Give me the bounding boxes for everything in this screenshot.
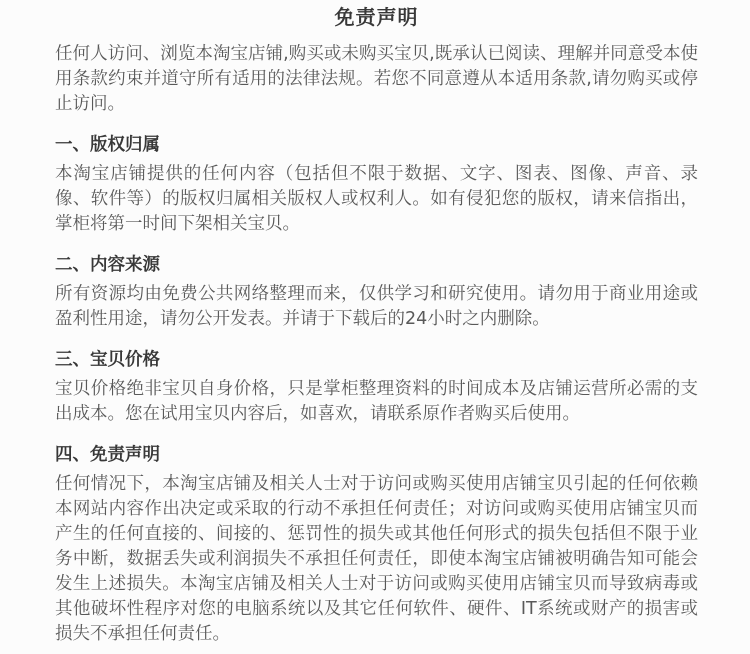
disclaimer-section: 三、宝贝价格 宝贝价格绝非宝贝自身价格，只是掌柜整理资料的时间成本及店铺运营所必… [55,348,698,427]
section-heading: 四、免责声明 [55,443,698,468]
disclaimer-section: 一、版权归属 本淘宝店铺提供的任何内容（包括但不限于数据、文字、图表、图像、声音… [55,133,698,237]
disclaimer-page: 免责声明 任何人访问、浏览本淘宝店铺,购买或未购买宝贝,既承认已阅读、理解并同意… [0,0,750,654]
page-title: 免责声明 [55,5,698,29]
section-heading: 一、版权归属 [55,133,698,158]
section-body: 本淘宝店铺提供的任何内容（包括但不限于数据、文字、图表、图像、声音、录像、软件等… [55,162,698,237]
section-body: 任何情况下，本淘宝店铺及相关人士对于访问或购买使用店铺宝贝引起的任何依赖本网站内… [55,472,698,647]
section-heading: 二、内容来源 [55,253,698,278]
section-body: 宝贝价格绝非宝贝自身价格，只是掌柜整理资料的时间成本及店铺运营所必需的支出成本。… [55,377,698,427]
section-heading: 三、宝贝价格 [55,348,698,373]
disclaimer-section: 二、内容来源 所有资源均由免费公共网络整理而来，仅供学习和研究使用。请勿用于商业… [55,253,698,332]
intro-paragraph: 任何人访问、浏览本淘宝店铺,购买或未购买宝贝,既承认已阅读、理解并同意受本使用条… [55,42,698,117]
section-body: 所有资源均由免费公共网络整理而来，仅供学习和研究使用。请勿用于商业用途或盈利性用… [55,282,698,332]
disclaimer-section: 四、免责声明 任何情况下，本淘宝店铺及相关人士对于访问或购买使用店铺宝贝引起的任… [55,443,698,647]
sections-container: 一、版权归属 本淘宝店铺提供的任何内容（包括但不限于数据、文字、图表、图像、声音… [55,133,698,647]
